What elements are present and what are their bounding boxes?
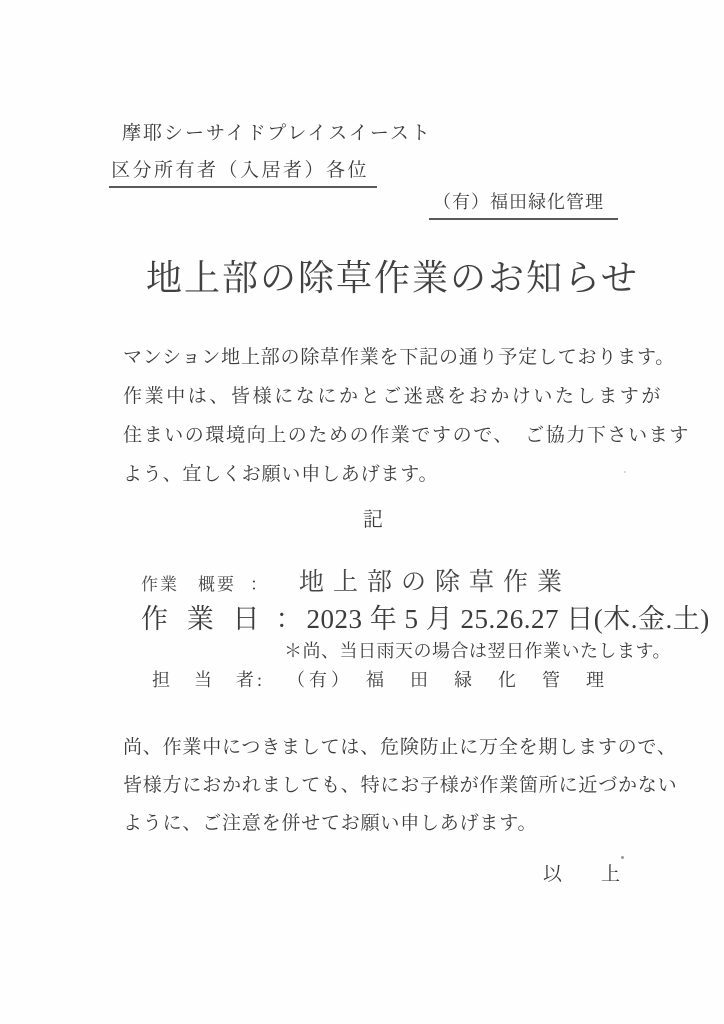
closing-paragraph: 尚、作業中につきましては、危険防止に万全を期しますので、 皆様方におかれましても…	[123, 729, 677, 843]
document-title: 地上部の除草作業のお知らせ	[146, 250, 639, 301]
notice-document-page: 摩耶シーサイドプレイスイースト 区分所有者（入居者）各位 （有）福田緑化管理 地…	[0, 0, 724, 1024]
staff-label: 担 当 者:	[152, 666, 265, 692]
intro-line-1: マンション地上部の除草作業を下記の通り予定しております。	[123, 338, 690, 377]
closing-line-2: 皆様方におかれましても、特にお子様が作業箇所に近づかない	[123, 767, 677, 805]
intro-line-3: 住まいの環境向上のための作業ですので、 ご協力下さいます	[123, 416, 690, 455]
intro-paragraph: マンション地上部の除草作業を下記の通り予定しております。 作業中は、皆様になにか…	[123, 338, 690, 494]
staff-in-charge-row: 担 当 者: （有） 福 田 緑 化 管 理	[152, 666, 608, 692]
work-overview-row: 作業 概要 ： 地上部の除草作業	[141, 562, 571, 598]
work-date-row: 作 業 日 ： 2023 年 5 月 25.26.27 日(木.金.土)	[141, 597, 710, 636]
work-overview-colon: ：	[250, 570, 267, 595]
scan-artifact-dot	[624, 471, 626, 473]
intro-line-2: 作業中は、皆様になにかとご迷惑をおかけいたしますが	[123, 377, 690, 416]
work-overview-value: 地上部の除草作業	[299, 562, 571, 598]
ki-section-heading: 記	[363, 503, 383, 532]
closing-line-1: 尚、作業中につきましては、危険防止に万全を期しますので、	[123, 729, 677, 767]
building-name: 摩耶シーサイドプレイスイースト	[122, 118, 432, 145]
work-date-label: 作 業 日	[141, 597, 266, 636]
scan-artifact-dot	[621, 856, 624, 859]
work-overview-label: 作業 概要	[141, 570, 236, 595]
closing-line-3: ように、ご注意を併せてお願い申しあげます。	[123, 805, 677, 843]
work-date-value: 2023 年 5 月 25.26.27 日(木.金.土)	[307, 597, 710, 636]
sign-off: 以 上	[543, 859, 630, 886]
rain-postpone-note: ＊尚、当日雨天の場合は翌日作業いたします。	[284, 637, 671, 663]
sender-company-name: （有）福田緑化管理	[429, 188, 618, 220]
intro-line-4: よう、宜しくお願い申しあげます。	[123, 455, 690, 494]
staff-company-name: （有） 福 田 緑 化 管 理	[287, 666, 608, 692]
addressee-line: 区分所有者（入居者）各位	[109, 155, 377, 188]
work-date-colon: ：	[276, 597, 303, 636]
